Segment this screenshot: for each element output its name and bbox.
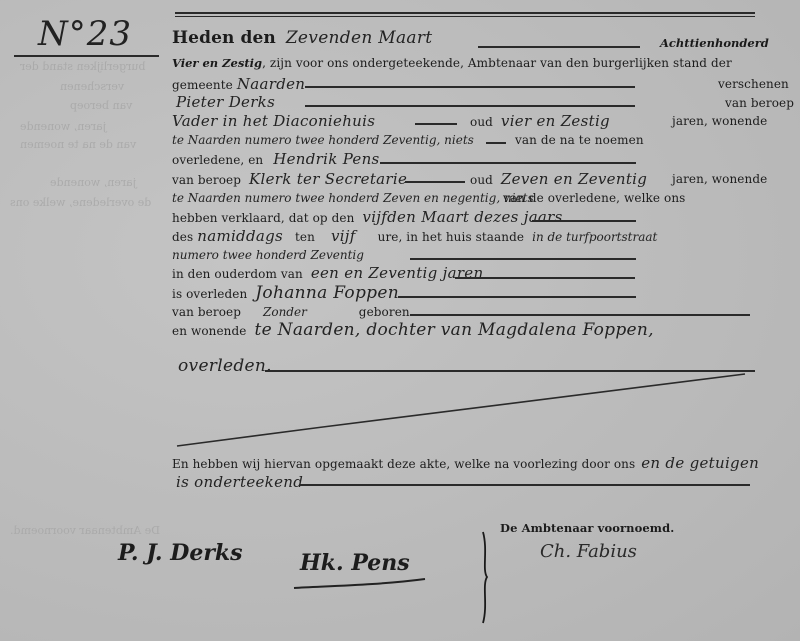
bleed-through-text: De Ambtenaar voornoemd.	[10, 524, 160, 537]
line-5: Vader in het Diaconiehuis	[172, 113, 375, 130]
line-1: Heden den Zevenden Maart	[172, 30, 432, 47]
line-3: gemeente Naarden	[172, 76, 305, 93]
handwritten-deceased-name: Johanna Foppen	[255, 283, 399, 303]
handwritten-signed: is onderteekend	[176, 473, 303, 491]
top-rule-thin	[175, 16, 755, 17]
fill-line	[405, 181, 465, 183]
printed-text: oud	[470, 173, 493, 187]
line-4: Pieter Derks	[176, 94, 275, 111]
line-2: Vier en Zestig, zijn voor ons ondergetee…	[172, 55, 732, 71]
signature-declarant-1: P. J. Derks	[118, 540, 243, 566]
fill-line	[305, 105, 635, 107]
printed-text: overledene, en	[172, 153, 263, 167]
fill-line	[486, 142, 506, 144]
fill-line	[398, 296, 636, 298]
signature-official: Ch. Fabius	[540, 541, 637, 562]
handwritten-declarant-1: Pieter Derks	[176, 93, 275, 111]
fill-line	[455, 277, 635, 279]
printed-text: van beroep	[172, 305, 241, 319]
printed-text: in den ouderdom van	[172, 267, 303, 281]
printed-text: ten	[295, 230, 315, 244]
line-13: in den ouderdom van een en Zeventig jare…	[172, 265, 483, 282]
printed-text: jaren, wonende	[672, 113, 767, 129]
fill-line	[305, 86, 635, 88]
handwritten-date: Zevenden Maart	[286, 28, 433, 48]
printed-text: oud	[470, 115, 493, 129]
fill-line	[478, 46, 640, 48]
printed-text: , zijn voor ons ondergeteekende, Ambtena…	[262, 56, 732, 70]
printed-text: is overleden	[172, 287, 247, 301]
line-16: en wonende te Naarden, dochter van Magda…	[172, 322, 654, 339]
bleed-through-text: van beroep	[70, 99, 132, 112]
printed-text: jaren, wonende	[672, 171, 767, 187]
line-14: is overleden Johanna Foppen	[172, 285, 399, 302]
line-6: te Naarden numero twee honderd Zeventig,…	[172, 132, 474, 148]
record-number: N°23	[38, 14, 132, 54]
handwritten-occupation: Klerk ter Secretarie	[249, 170, 407, 188]
closing-line-1: En hebben wij hiervan opgemaakt deze akt…	[172, 455, 759, 472]
fill-line	[410, 258, 636, 260]
bleed-through-text: burgerlijken stand der	[20, 60, 145, 73]
handwritten-municipality: Naarden	[237, 75, 305, 93]
handwritten-witnesses: en de getuigen	[641, 454, 759, 472]
fill-line	[300, 484, 750, 486]
printed-text: des	[172, 230, 193, 244]
printed-text: en wonende	[172, 324, 246, 338]
printed-text: hebben verklaard, dat op den	[172, 211, 354, 225]
printed-year-prefix: Achttienhonderd	[660, 35, 769, 51]
diagonal-fill-stroke	[175, 370, 775, 450]
line-11: des namiddags ten vijf ure, in het huis …	[172, 228, 657, 245]
handwritten-residence-parent: te Naarden, dochter van Magdalena Foppen…	[254, 320, 653, 340]
fill-line	[380, 162, 636, 164]
handwritten-house-number: numero twee honderd Zeventig	[172, 248, 364, 262]
bleed-through-text: de overledene, welke ons	[10, 196, 151, 209]
printed-text: van de na te noemen	[515, 132, 644, 148]
handwritten-time-of-day: namiddags	[197, 227, 283, 245]
handwritten-address: te Naarden numero twee honderd Zeventig,…	[172, 133, 474, 147]
line-15: van beroep Zonder geboren	[172, 304, 410, 320]
printed-year-suffix: Vier en Zestig	[172, 56, 262, 70]
line-12: numero twee honderd Zeventig	[172, 247, 364, 263]
handwritten-occupation: Zonder	[263, 305, 307, 319]
closing-line-2: is onderteekend	[176, 474, 303, 491]
line-10: hebben verklaard, dat op den vijfden Maa…	[172, 209, 563, 226]
fill-line	[532, 220, 636, 222]
official-label: De Ambtenaar voornoemd.	[500, 520, 674, 536]
handwritten-occupation: Vader in het Diaconiehuis	[172, 112, 375, 130]
handwritten-age: Zeven en Zeventig	[501, 170, 647, 188]
brace-divider	[480, 530, 490, 625]
bleed-through-text: van de na te noemen	[20, 138, 136, 151]
handwritten-death-date: vijfden Maart dezes jaars	[362, 208, 562, 226]
printed-text: ure, in het huis staande	[378, 230, 525, 244]
printed-text: geboren	[359, 305, 410, 319]
line-8b: oud Zeven en Zeventig	[470, 171, 647, 188]
fill-line	[410, 314, 750, 316]
printed-text: gemeente	[172, 78, 233, 92]
printed-text: van beroep	[172, 173, 241, 187]
fill-line	[415, 123, 457, 125]
handwritten-street: in de turfpoortstraat	[532, 230, 657, 244]
line-5b: oud vier en Zestig	[470, 113, 610, 130]
printed-text: Heden den	[172, 28, 276, 48]
bleed-through-text: verschenen	[60, 80, 124, 93]
handwritten-address: te Naarden numero twee honderd Zeven en …	[172, 191, 534, 205]
bleed-through-text: jaren, wonende	[50, 176, 136, 189]
line-9: te Naarden numero twee honderd Zeven en …	[172, 190, 534, 206]
printed-text: verschenen	[718, 76, 789, 92]
handwritten-declarant-2: Hendrik Pens	[273, 150, 379, 168]
line-8: van beroep Klerk ter Secretarie	[172, 171, 407, 188]
printed-text: van de overledene, welke ons	[503, 190, 685, 206]
bleed-through-text: jaren, wonende	[20, 120, 106, 133]
record-number-underline	[14, 55, 159, 57]
document-page: burgerlijken stand der verschenen van be…	[0, 0, 800, 641]
printed-text: van beroep	[725, 95, 794, 111]
top-rule	[175, 12, 755, 14]
signature-underline	[290, 576, 430, 592]
line-7: overledene, en Hendrik Pens	[172, 151, 380, 168]
handwritten-age: vier en Zestig	[501, 112, 610, 130]
handwritten-deceased-age: een en Zeventig jaren	[311, 264, 484, 282]
printed-text: En hebben wij hiervan opgemaakt deze akt…	[172, 457, 635, 471]
signature-declarant-2: Hk. Pens	[300, 550, 410, 576]
handwritten-hour: vijf	[331, 227, 356, 245]
